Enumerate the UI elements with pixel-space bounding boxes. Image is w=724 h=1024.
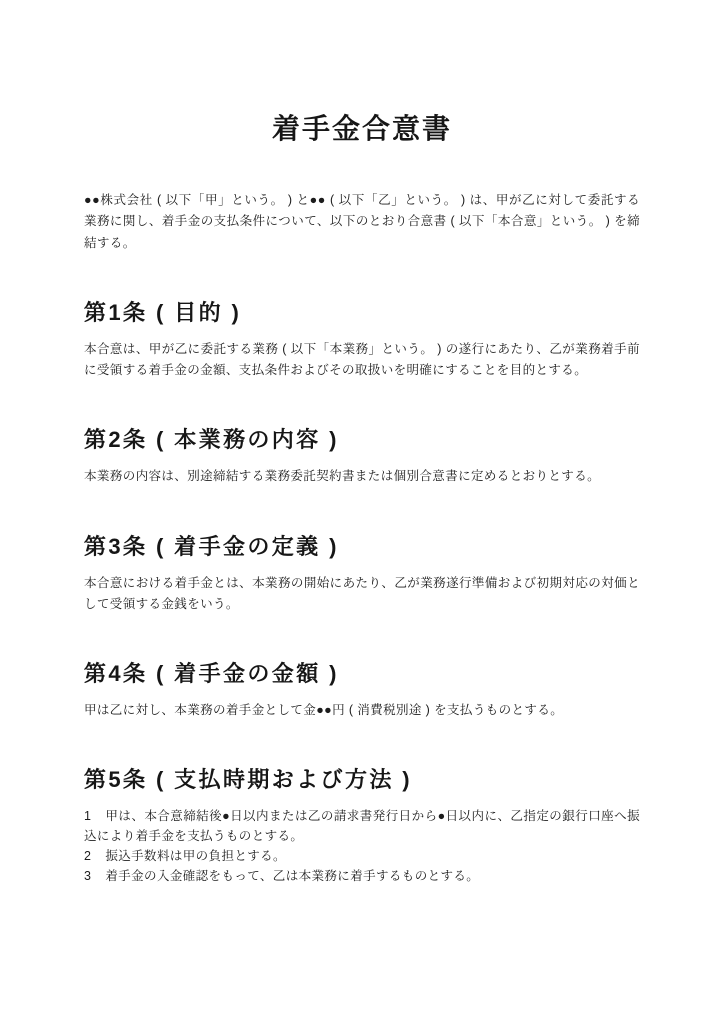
- document-page: 着手金合意書 ●●株式会社 ( 以下「甲」という。 ) と●● ( 以下「乙」と…: [0, 0, 724, 1024]
- clause-1-text: 甲は、本合意締結後●日以内または乙の請求書発行日から●日以内に、乙指定の銀行口座…: [84, 809, 640, 843]
- article-1-body: 本合意は、甲が乙に委託する業務 ( 以下「本業務」という。 ) の遂行にあたり、…: [84, 339, 640, 382]
- article-2-body: 本業務の内容は、別途締結する業務委託契約書または個別合意書に定めるとおりとする。: [84, 466, 640, 487]
- article-4-body: 甲は乙に対し、本業務の着手金として金●●円 ( 消費税別途 ) を支払うものとす…: [84, 700, 640, 721]
- article-5-clause-1: 1甲は、本合意締結後●日以内または乙の請求書発行日から●日以内に、乙指定の銀行口…: [84, 806, 640, 846]
- intro-paragraph: ●●株式会社 ( 以下「甲」という。 ) と●● ( 以下「乙」という。 ) は…: [84, 190, 640, 254]
- article-5-heading: 第5条 ( 支払時期および方法 ): [84, 767, 640, 793]
- article-3: 第3条 ( 着手金の定義 ) 本合意における着手金とは、本業務の開始にあたり、乙…: [84, 534, 640, 616]
- article-5: 第5条 ( 支払時期および方法 ) 1甲は、本合意締結後●日以内または乙の請求書…: [84, 767, 640, 886]
- clause-2-number: 2: [84, 846, 91, 866]
- article-2-heading: 第2条 ( 本業務の内容 ): [84, 427, 640, 453]
- clause-1-number: 1: [84, 806, 91, 826]
- article-5-clause-list: 1甲は、本合意締結後●日以内または乙の請求書発行日から●日以内に、乙指定の銀行口…: [84, 806, 640, 886]
- article-3-heading: 第3条 ( 着手金の定義 ): [84, 534, 640, 560]
- article-5-clause-3: 3着手金の入金確認をもって、乙は本業務に着手するものとする。: [84, 866, 640, 886]
- clause-2-text: 振込手数料は甲の負担とする。: [105, 849, 286, 863]
- article-1-heading: 第1条 ( 目的 ): [84, 300, 640, 326]
- article-3-body: 本合意における着手金とは、本業務の開始にあたり、乙が業務遂行準備および初期対応の…: [84, 573, 640, 616]
- clause-3-number: 3: [84, 866, 91, 886]
- article-4-heading: 第4条 ( 着手金の金額 ): [84, 661, 640, 687]
- article-5-clause-2: 2振込手数料は甲の負担とする。: [84, 846, 640, 866]
- article-2: 第2条 ( 本業務の内容 ) 本業務の内容は、別途締結する業務委託契約書または個…: [84, 427, 640, 487]
- clause-3-text: 着手金の入金確認をもって、乙は本業務に着手するものとする。: [105, 869, 479, 883]
- document-title: 着手金合意書: [84, 112, 640, 145]
- article-1: 第1条 ( 目的 ) 本合意は、甲が乙に委託する業務 ( 以下「本業務」という。…: [84, 300, 640, 382]
- article-4: 第4条 ( 着手金の金額 ) 甲は乙に対し、本業務の着手金として金●●円 ( 消…: [84, 661, 640, 721]
